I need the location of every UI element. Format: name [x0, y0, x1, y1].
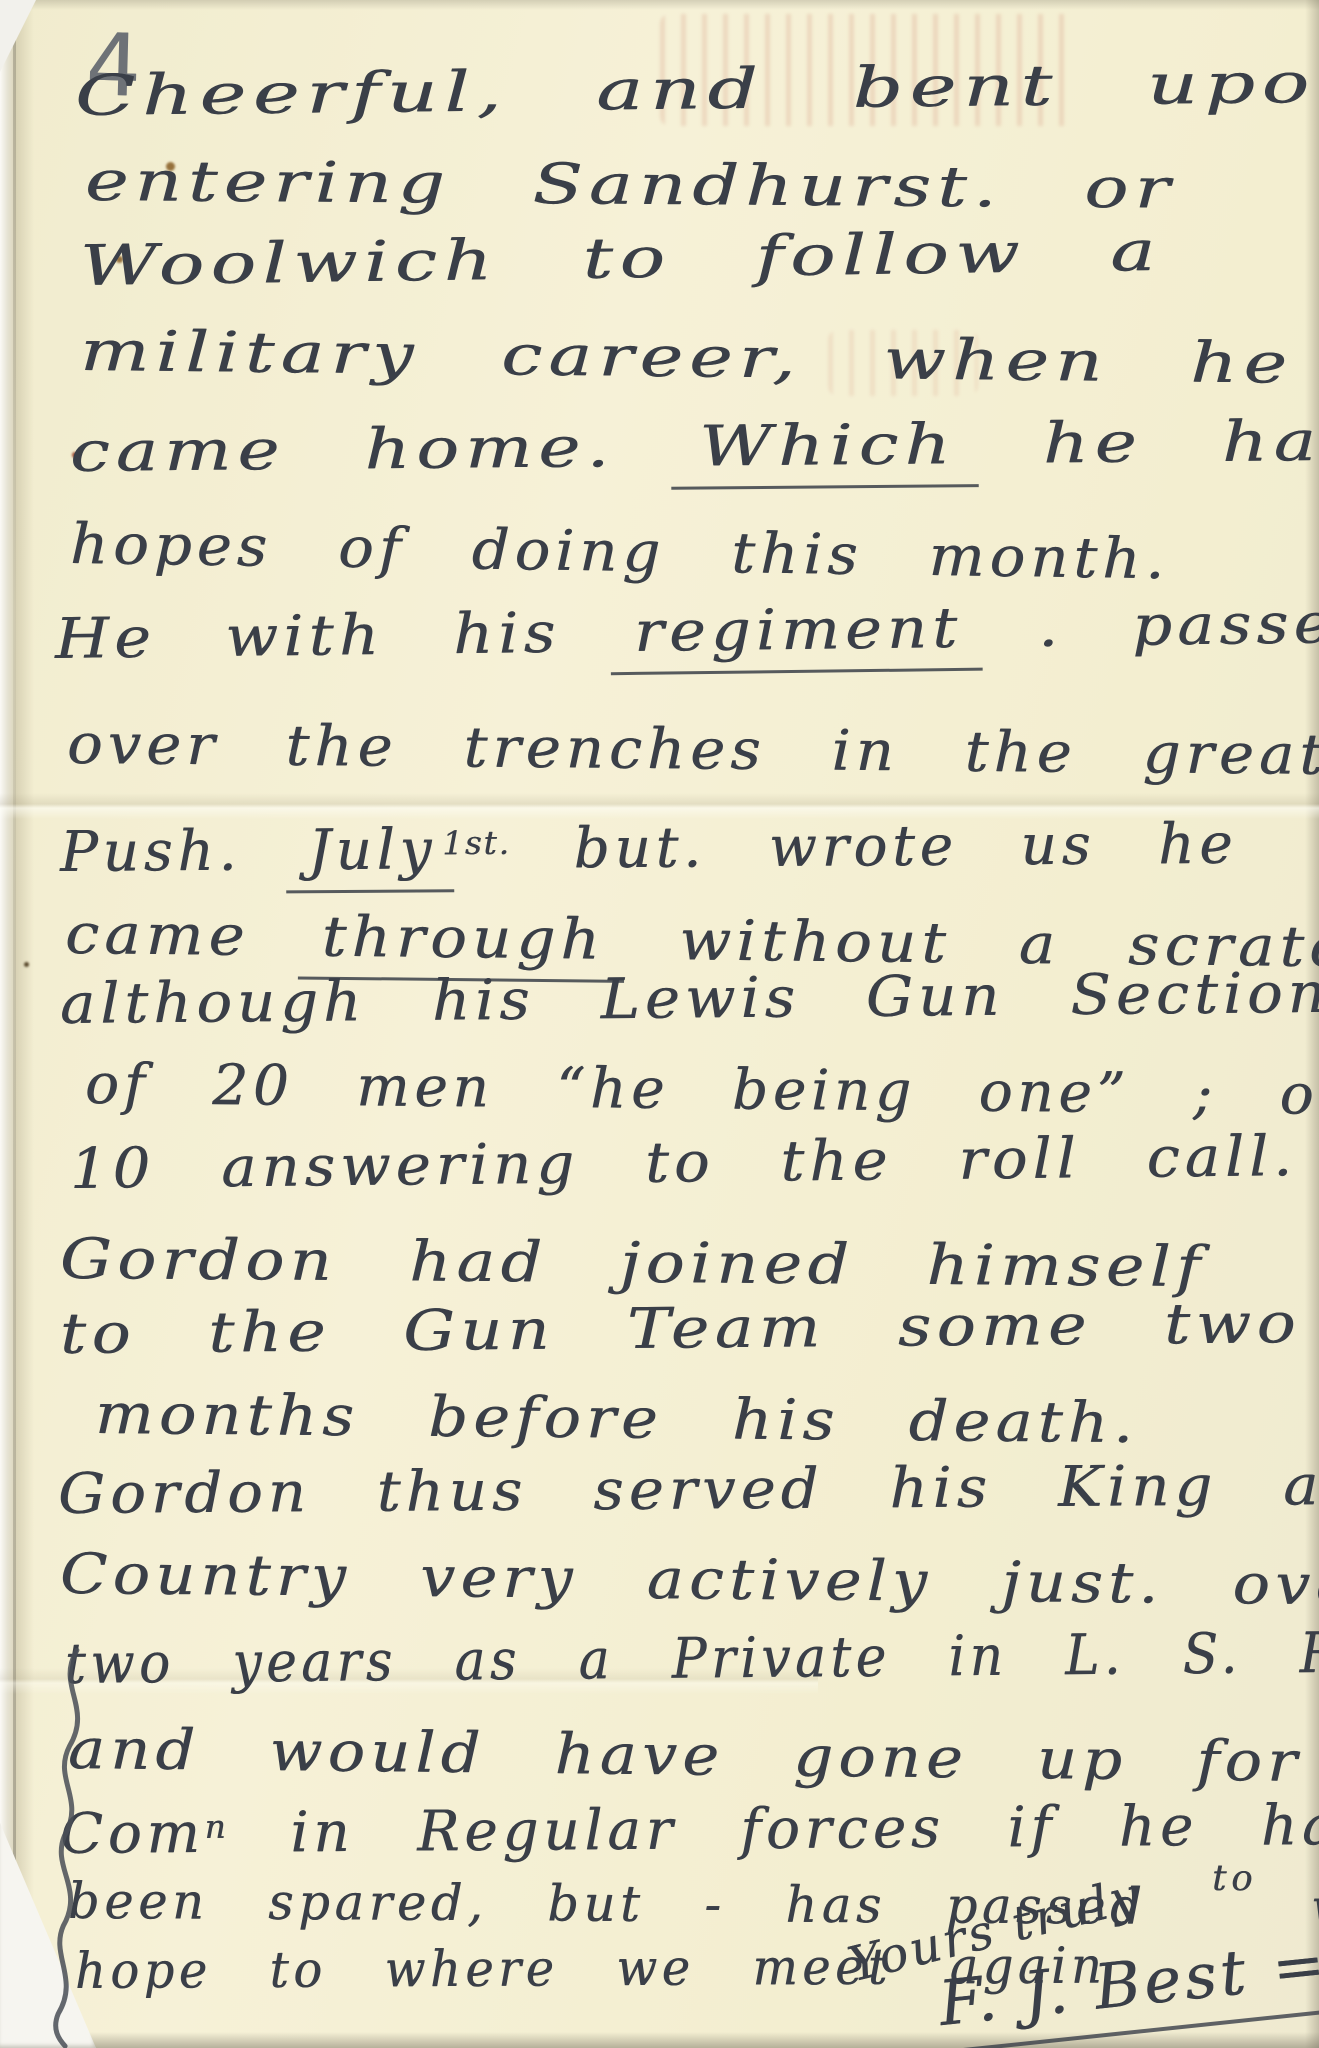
- line-text: in Regular forces if he had: [227, 1793, 1319, 1866]
- letter-line: Cheerful, and bent upon: [75, 50, 1319, 140]
- line-text: Push.: [60, 818, 305, 885]
- letter-line: He with his regiment . passed: [55, 591, 1319, 683]
- letter-line: to the Gun Team some two: [60, 1291, 1302, 1378]
- letter-line: months before his death.: [95, 1382, 1139, 1467]
- paper-edge-top: [0, 0, 1319, 10]
- foxing-spot: [24, 962, 29, 967]
- letter-line: Woolwich to follow a: [79, 219, 1162, 310]
- letter-line: military career, when he: [80, 319, 1294, 408]
- letter-line: Country very actively just. over: [60, 1542, 1319, 1630]
- inserted-word-above-line: to: [1212, 1858, 1257, 1899]
- letter-line: although his Lewis Gun Section: [60, 961, 1319, 1048]
- superscript-abbreviation: n: [204, 1808, 227, 1846]
- paper-edge-line: [13, 0, 16, 2048]
- letter-line: over the trenches in the great.: [67, 712, 1319, 799]
- letter-line: Push. July1st. but. wrote us he: [60, 812, 1238, 896]
- letter-line: came home. Which he had: [70, 409, 1319, 496]
- letter-line: Gordon thus served his King and: [58, 1453, 1319, 1538]
- underlined-word: July: [286, 817, 455, 893]
- underlined-word: Which: [671, 412, 979, 490]
- paper-edge-left: [0, 0, 34, 2048]
- line-text: two years as a Private in L. S. R: [65, 1621, 1319, 1697]
- line-text: came home.: [70, 415, 695, 485]
- line-text: He with his: [55, 600, 631, 672]
- letter-line: two years as a Private in L. S. Rt.: [65, 1621, 1319, 1708]
- scanned-letter-page: 4 Cheerful, and bent upon entering Sandh…: [0, 0, 1319, 2048]
- underlined-word: regiment: [609, 596, 982, 676]
- letter-line: hopes of doing this month.: [69, 512, 1169, 603]
- line-text: . passed: [969, 591, 1319, 661]
- letter-line: Comn in Regular forces if he had: [60, 1793, 1319, 1878]
- line-text: he had: [963, 409, 1319, 478]
- letter-line: 10 answering to the roll call.: [70, 1124, 1298, 1213]
- line-text: but. wrote us he: [511, 812, 1238, 882]
- line-text: came: [65, 902, 318, 970]
- superscript-date: 1st.: [442, 824, 511, 862]
